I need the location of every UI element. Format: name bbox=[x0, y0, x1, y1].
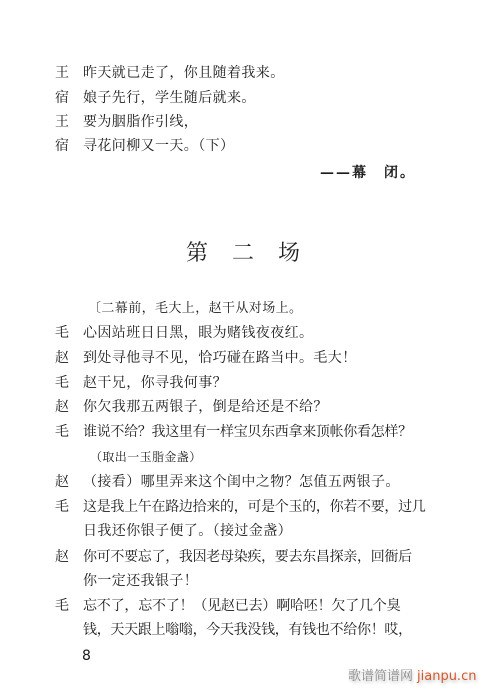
watermark-url: jianpu.cn bbox=[417, 669, 476, 684]
speaker-label: 赵 bbox=[55, 349, 69, 367]
dialogue-text: 你欠我那五两银子，倒是给还是不给？ bbox=[83, 398, 328, 416]
speaker-label: 王 bbox=[55, 113, 69, 131]
watermark: 歌谱简谱网jianpu.cn bbox=[348, 665, 476, 684]
curtain-close-direction: ——幕 闭。 bbox=[320, 162, 416, 182]
watermark-site-name: 歌谱简谱网 bbox=[348, 669, 413, 684]
dialogue-text: 你可不要忘了，我因老母染疾，要去东昌探亲，回衙后 bbox=[83, 548, 412, 566]
speaker-label: 毛 bbox=[55, 498, 69, 516]
dialogue-text: 你一定还我银子！ bbox=[83, 572, 198, 590]
dialogue-text: （接看）哪里弄来这个闺中之物？怎值五两银子。 bbox=[83, 473, 400, 491]
dialogue-text: 要为胭脂作引线， bbox=[83, 113, 198, 131]
stage-direction: 〔二幕前，毛大上，赵干从对场上。 bbox=[88, 300, 302, 318]
speaker-label: 王 bbox=[55, 64, 69, 82]
dialogue-text: 到处寻他寻不见，恰巧碰在路当中。毛大！ bbox=[83, 349, 357, 367]
speaker-label: 赵 bbox=[55, 398, 69, 416]
stage-direction: （取出一玉脂金盏） bbox=[90, 448, 202, 466]
speaker-label: 毛 bbox=[55, 423, 69, 441]
dialogue-text: 日我还你银子便了。（接过金盏） bbox=[83, 522, 292, 540]
dialogue-text: 谁说不给？我这里有一样宝贝东西拿来顶帐你看怎样？ bbox=[83, 423, 412, 441]
dialogue-text: 钱，天天跟上嗡嗡，今天我没钱，有钱也不给你！哎， bbox=[83, 621, 412, 639]
speaker-label: 赵 bbox=[55, 473, 69, 491]
page-number: 8 bbox=[82, 648, 91, 664]
dialogue-text: 这是我上午在路边拾来的，可是个玉的，你若不要，过几 bbox=[83, 498, 426, 516]
speaker-label: 宿 bbox=[55, 137, 69, 155]
scene-title: 第二场 bbox=[186, 236, 324, 267]
speaker-label: 毛 bbox=[55, 597, 69, 615]
speaker-label: 赵 bbox=[55, 548, 69, 566]
dialogue-text: 忘不了，忘不了！（见赵已去）啊哈呸！欠了几个臭 bbox=[83, 597, 400, 615]
dialogue-text: 寻花问柳又一天。（下） bbox=[83, 137, 234, 155]
dialogue-text: 娘子先行，学生随后就来。 bbox=[83, 89, 256, 107]
speaker-label: 毛 bbox=[55, 374, 69, 392]
speaker-label: 毛 bbox=[55, 324, 69, 342]
dialogue-text: 昨天就已走了，你且随着我来。 bbox=[83, 64, 285, 82]
dialogue-text: 心因站班日日黑，眼为赌钱夜夜红。 bbox=[83, 324, 313, 342]
speaker-label: 宿 bbox=[55, 89, 69, 107]
dialogue-text: 赵干兄，你寻我何事？ bbox=[83, 374, 227, 392]
